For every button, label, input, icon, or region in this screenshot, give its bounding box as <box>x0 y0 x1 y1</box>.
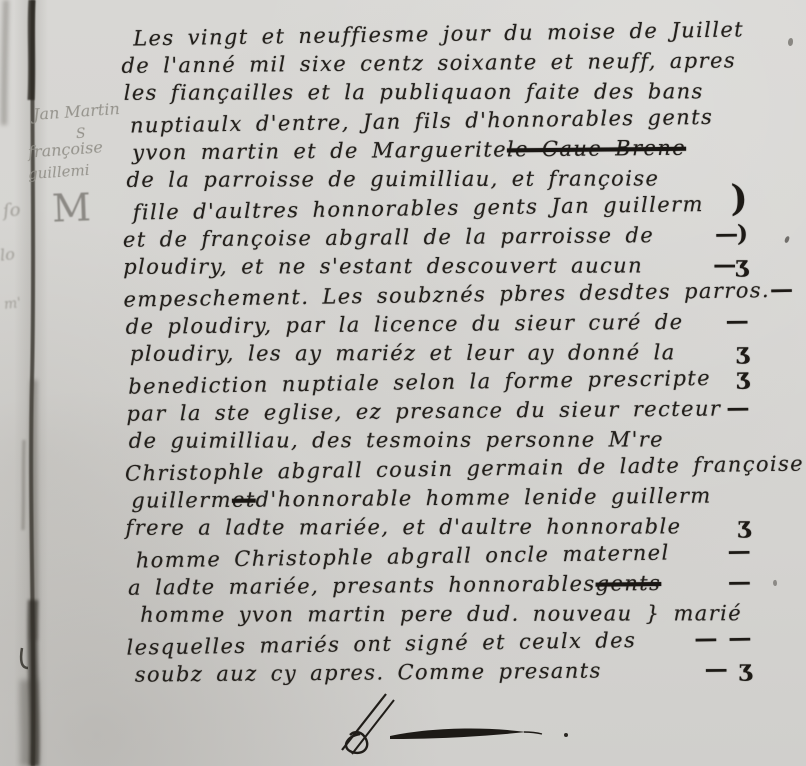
line-struck-text: et <box>232 488 256 512</box>
line-text: par la ste eglise, ez presance du sieur … <box>126 397 721 426</box>
manuscript-line: soubz auz cy apres. Comme presants — ʒ <box>127 657 751 691</box>
manuscript-line: de l'anné mil sixe centz soixante et neu… <box>121 48 745 82</box>
line-text: soubz auz cy apres. Comme presants <box>135 659 602 687</box>
bleed-through-text: lo <box>0 244 16 264</box>
line-text: Les vingt et neuffiesme jour du moise de… <box>133 17 744 50</box>
signature-flourish-icon <box>328 686 588 760</box>
line-filler-flourish-icon: — — <box>694 638 750 639</box>
line-text: et de françoise abgrall de la parroisse … <box>123 223 654 252</box>
bleed-through-text: ſo <box>2 199 22 222</box>
manuscript-line: par la ste eglise, ez presance du sieur … <box>124 396 748 430</box>
line-text: de l'anné mil sixe centz soixante et neu… <box>121 48 736 77</box>
line-text: de ploudiry, par la licence du sieur cur… <box>126 310 684 339</box>
manuscript-line: guillerm et d'honnorable homme lenide gu… <box>125 483 749 517</box>
line-text: fille d'aultres honnorables gents Jan gu… <box>133 192 704 224</box>
ink-speck <box>788 38 793 46</box>
manuscript-line: de ploudiry, par la licence du sieur cur… <box>124 309 748 343</box>
line-text: ploudiry, les ay mariéz et leur ay donné… <box>130 340 676 365</box>
line-text: de la parroisse de guimilliau, et franço… <box>126 166 659 191</box>
manuscript-page: ſo lo m' Jan Martin S françoise guillemi… <box>0 0 806 766</box>
bleed-through-text: m' <box>3 295 22 313</box>
ink-speck <box>784 236 790 244</box>
manuscript-line: a ladte mariée, presants honnorables gen… <box>126 570 750 604</box>
line-text: lesquelles mariés ont signé et ceulx des <box>126 628 636 660</box>
line-text: benediction nuptiale selon la forme pres… <box>128 366 711 399</box>
line-text: homme yvon martin pere dud. nouveau } ma… <box>140 601 742 627</box>
line-struck-text: gents <box>596 571 662 596</box>
line-text: nuptiaulx d'entre, Jan fils d'honnorable… <box>130 105 714 138</box>
text-block: Les vingt et neuffiesme jour du moise de… <box>121 19 751 691</box>
line-struck-text: le Caue Brene <box>507 136 686 162</box>
ink-speck <box>772 580 777 587</box>
line-text: frere a ladte mariée, et d'aultre honnor… <box>125 514 681 539</box>
margin-initial-m: M <box>51 185 91 230</box>
manuscript-line: et de françoise abgrall de la parroisse … <box>123 222 747 256</box>
line-text: homme Christophle abgrall oncle maternel <box>136 541 670 573</box>
margin-note-bride-last: guillemi <box>27 161 90 183</box>
line-text: a ladte mariée, presants honnorables <box>128 572 596 600</box>
line-text: ploudiry, et ne s'estant descouvert aucu… <box>123 253 643 278</box>
line-text: de guimilliau, des tesmoins personne M'r… <box>129 427 664 452</box>
line-post-text: d'honnorable homme lenide guillerm <box>256 484 712 512</box>
line-text: yvon martin et de Marguerite <box>132 137 507 164</box>
line-text: les fiançailles et la publiquaon faite d… <box>124 79 704 105</box>
manuscript-line: yvon martin et de Marguerite le Caue Bre… <box>122 135 746 169</box>
line-text: guillerm <box>131 488 232 513</box>
margin-note-bride-first: françoise <box>27 137 103 161</box>
